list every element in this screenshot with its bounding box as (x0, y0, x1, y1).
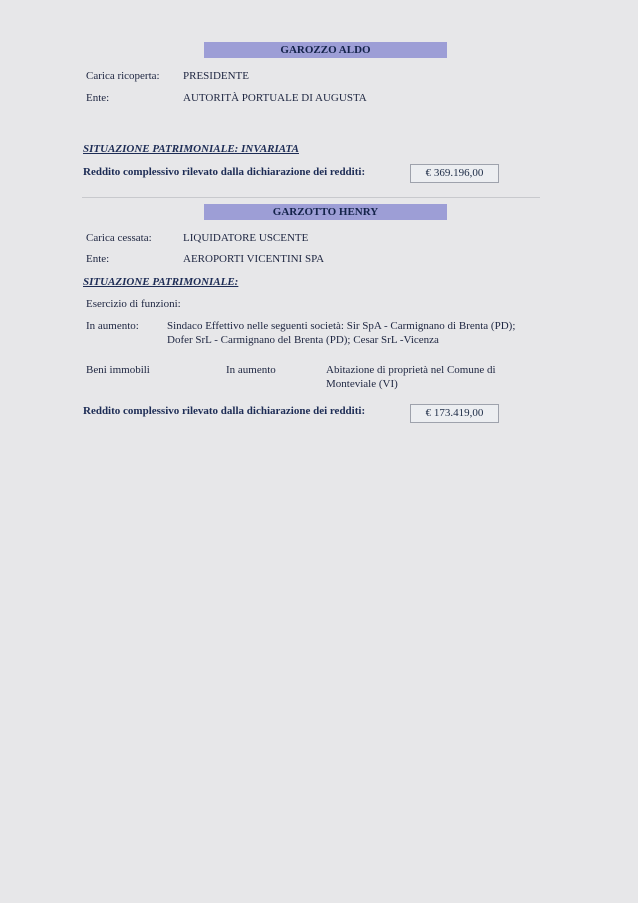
property-detail-line1: Abitazione di proprietà nel Comune di (326, 364, 496, 376)
role-label: Carica ricoperta: (86, 70, 160, 82)
income-label: Reddito complessivo rilevato dalla dichi… (83, 405, 365, 417)
income-label: Reddito complessivo rilevato dalla dichi… (83, 166, 365, 178)
patrimonial-status-title: SITUAZIONE PATRIMONIALE: INVARIATA (83, 143, 299, 155)
property-status: In aumento (226, 364, 276, 376)
property-label: Beni immobili (86, 364, 150, 376)
entity-value: AUTORITÀ PORTUALE DI AUGUSTA (183, 92, 367, 104)
entity-label: Ente: (86, 253, 109, 265)
entity-value: AEROPORTI VICENTINI SPA (183, 253, 324, 265)
person-name-header: GARZOTTO HENRY (204, 204, 447, 220)
role-value: LIQUIDATORE USCENTE (183, 232, 308, 244)
functions-status: In aumento: (86, 320, 139, 332)
section-divider (82, 197, 540, 198)
income-value-box: € 369.196,00 (410, 164, 499, 183)
role-label: Carica cessata: (86, 232, 152, 244)
person-name-header: GAROZZO ALDO (204, 42, 447, 58)
income-value-box: € 173.419,00 (410, 404, 499, 423)
functions-label: Esercizio di funzioni: (86, 298, 181, 310)
functions-detail-line1: Sindaco Effettivo nelle seguenti società… (167, 320, 515, 332)
entity-label: Ente: (86, 92, 109, 104)
role-value: PRESIDENTE (183, 70, 249, 82)
functions-detail-line2: Dofer SrL - Carmignano del Brenta (PD); … (167, 334, 439, 346)
property-detail-line2: Monteviale (VI) (326, 378, 398, 390)
patrimonial-status-title: SITUAZIONE PATRIMONIALE: (83, 276, 238, 288)
